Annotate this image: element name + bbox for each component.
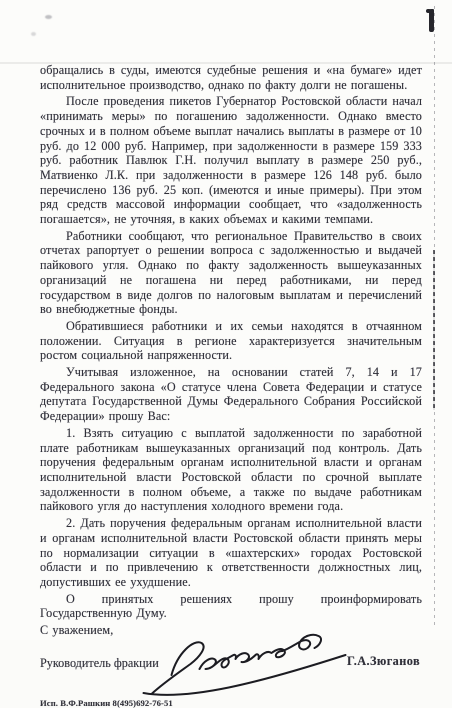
letter-body: обращались в суды, имеются судебные реше… (40, 63, 422, 640)
signature-handwriting (130, 623, 362, 640)
letter-paragraph: Работники сообщают, что региональное Пра… (40, 229, 422, 317)
letter-paragraph: Обратившиеся работники и их семьи находя… (40, 319, 422, 363)
scan-edge-line-dark-segment (433, 250, 435, 410)
letter-paragraph: После проведения пикетов Губернатор Рост… (40, 94, 422, 226)
document-page: обращались в суды, имеются судебные реше… (0, 0, 452, 640)
letter-item-1: 1. Взять ситуацию с выплатой задолженнос… (40, 426, 422, 514)
scan-speck (31, 32, 36, 36)
letter-paragraph: Учитывая изложенное, на основании статей… (40, 365, 422, 424)
scan-edge-mark (429, 9, 434, 32)
letter-item-2: 2. Дать поручения федеральным органам ис… (40, 516, 422, 590)
letter-paragraph: О принятых решениях прошу проинформирова… (40, 592, 422, 621)
letter-paragraph: обращались в суды, имеются судебные реше… (40, 63, 422, 92)
scan-speck (45, 15, 52, 19)
